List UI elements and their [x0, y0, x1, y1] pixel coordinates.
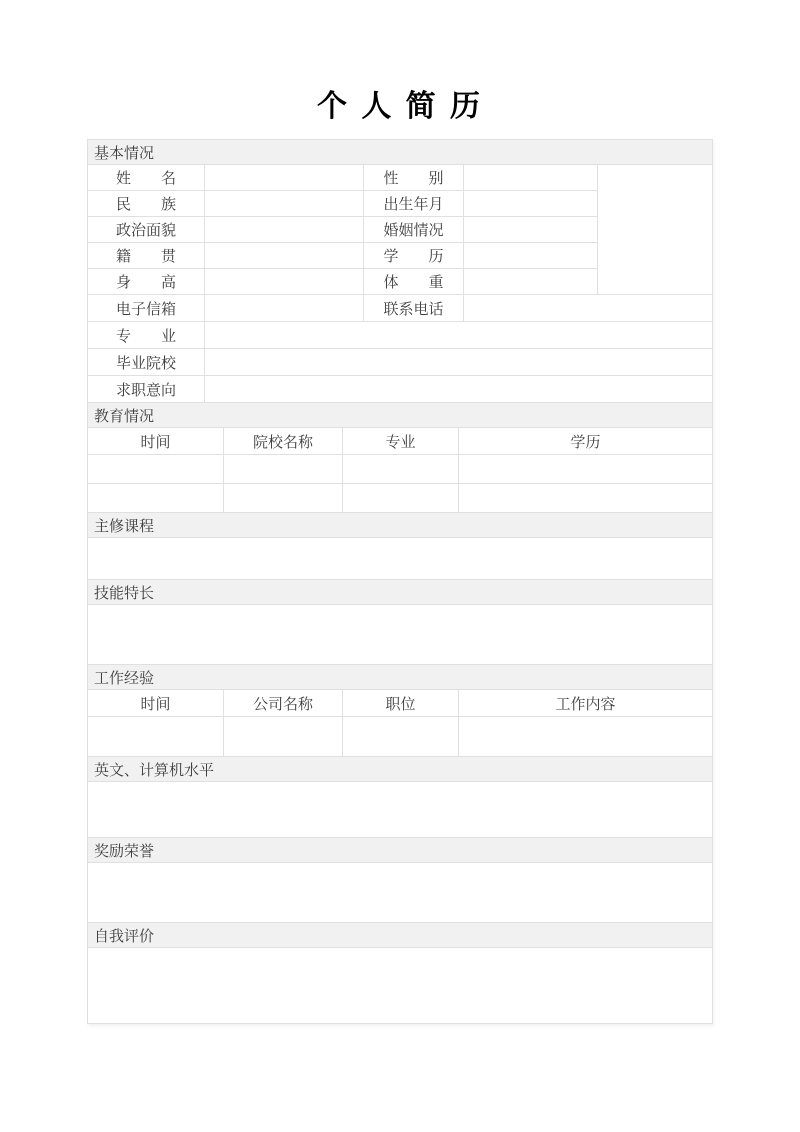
resume-table: 基本情况 姓 名 性 别 民 族 出生年月 政治面貌 婚姻情况 — [87, 139, 713, 1024]
basic-row-political-marital: 政治面貌 婚姻情况 — [88, 217, 598, 243]
work-row — [88, 717, 713, 757]
edu-cell-school[interactable] — [224, 484, 343, 513]
basic-row-ethnicity-birth: 民 族 出生年月 — [88, 191, 598, 217]
basic-row-job-intention: 求职意向 — [88, 376, 713, 403]
field-value-education-level[interactable] — [464, 243, 598, 269]
field-value-name[interactable] — [205, 165, 364, 191]
basic-row-height-weight: 身 高 体 重 — [88, 269, 598, 295]
field-label-job-intention: 求职意向 — [88, 376, 205, 403]
basic-row-name-gender: 姓 名 性 别 — [88, 165, 598, 191]
field-label-name: 姓 名 — [88, 165, 205, 191]
edu-col-header-degree: 学历 — [459, 428, 713, 455]
edu-col-header-major: 专业 — [343, 428, 459, 455]
courses-content[interactable] — [88, 538, 713, 580]
section-header-skills: 技能特长 — [88, 580, 713, 605]
field-label-education-level: 学 历 — [364, 243, 464, 269]
work-col-header-company: 公司名称 — [224, 690, 343, 717]
self-evaluation-content[interactable] — [88, 948, 713, 1024]
edu-cell-major[interactable] — [343, 455, 459, 484]
work-cell-company[interactable] — [224, 717, 343, 757]
field-value-marital-status[interactable] — [464, 217, 598, 243]
field-value-birth-date[interactable] — [464, 191, 598, 217]
section-header-basic: 基本情况 — [88, 140, 713, 165]
work-cell-duties[interactable] — [459, 717, 713, 757]
field-label-phone: 联系电话 — [364, 295, 464, 322]
skills-row — [88, 605, 713, 665]
field-value-weight[interactable] — [464, 269, 598, 295]
work-col-header-duties: 工作内容 — [459, 690, 713, 717]
section-header-awards: 奖励荣誉 — [88, 838, 713, 863]
edu-col-header-time: 时间 — [88, 428, 224, 455]
field-label-weight: 体 重 — [364, 269, 464, 295]
awards-content[interactable] — [88, 863, 713, 923]
section-header-english-computer: 英文、计算机水平 — [88, 757, 713, 782]
work-cell-time[interactable] — [88, 717, 224, 757]
field-label-political-status: 政治面貌 — [88, 217, 205, 243]
english-computer-content[interactable] — [88, 782, 713, 838]
edu-cell-degree[interactable] — [459, 484, 713, 513]
photo-cell[interactable] — [598, 165, 713, 295]
edu-col-header-school: 院校名称 — [224, 428, 343, 455]
basic-row-graduate-school: 毕业院校 — [88, 349, 713, 376]
section-header-courses: 主修课程 — [88, 513, 713, 538]
page-title: 个 人 简 历 — [0, 88, 800, 126]
field-label-gender: 性 别 — [364, 165, 464, 191]
section-header-education: 教育情况 — [88, 403, 713, 428]
work-col-header-time: 时间 — [88, 690, 224, 717]
edu-cell-school[interactable] — [224, 455, 343, 484]
education-row — [88, 484, 713, 513]
field-value-gender[interactable] — [464, 165, 598, 191]
field-label-major: 专 业 — [88, 322, 205, 349]
field-label-ethnicity: 民 族 — [88, 191, 205, 217]
field-value-political-status[interactable] — [205, 217, 364, 243]
field-value-native-place[interactable] — [205, 243, 364, 269]
awards-row — [88, 863, 713, 923]
education-row — [88, 455, 713, 484]
self-evaluation-row — [88, 948, 713, 1024]
skills-content[interactable] — [88, 605, 713, 665]
basic-row-email-phone: 电子信箱 联系电话 — [88, 295, 713, 322]
field-value-graduate-school[interactable] — [205, 349, 713, 376]
field-value-job-intention[interactable] — [205, 376, 713, 403]
field-value-major[interactable] — [205, 322, 713, 349]
edu-cell-time[interactable] — [88, 455, 224, 484]
edu-cell-major[interactable] — [343, 484, 459, 513]
field-value-phone[interactable] — [464, 295, 713, 322]
field-value-email[interactable] — [205, 295, 364, 322]
edu-cell-degree[interactable] — [459, 455, 713, 484]
education-column-header-row: 时间 院校名称 专业 学历 — [88, 428, 713, 455]
section-header-self-evaluation: 自我评价 — [88, 923, 713, 948]
work-col-header-position: 职位 — [343, 690, 459, 717]
edu-cell-time[interactable] — [88, 484, 224, 513]
work-column-header-row: 时间 公司名称 职位 工作内容 — [88, 690, 713, 717]
work-cell-position[interactable] — [343, 717, 459, 757]
basic-row-native-degree: 籍 贯 学 历 — [88, 243, 598, 269]
field-label-graduate-school: 毕业院校 — [88, 349, 205, 376]
basic-row-major: 专 业 — [88, 322, 713, 349]
field-label-birth-date: 出生年月 — [364, 191, 464, 217]
field-label-native-place: 籍 贯 — [88, 243, 205, 269]
section-header-work: 工作经验 — [88, 665, 713, 690]
field-label-height: 身 高 — [88, 269, 205, 295]
field-label-marital-status: 婚姻情况 — [364, 217, 464, 243]
field-value-ethnicity[interactable] — [205, 191, 364, 217]
english-computer-row — [88, 782, 713, 838]
field-value-height[interactable] — [205, 269, 364, 295]
basic-info-grid: 姓 名 性 别 民 族 出生年月 政治面貌 婚姻情况 籍 贯 学 历 — [88, 165, 713, 295]
courses-row — [88, 538, 713, 580]
basic-info-grid-left: 姓 名 性 别 民 族 出生年月 政治面貌 婚姻情况 籍 贯 学 历 — [88, 165, 598, 295]
field-label-email: 电子信箱 — [88, 295, 205, 322]
